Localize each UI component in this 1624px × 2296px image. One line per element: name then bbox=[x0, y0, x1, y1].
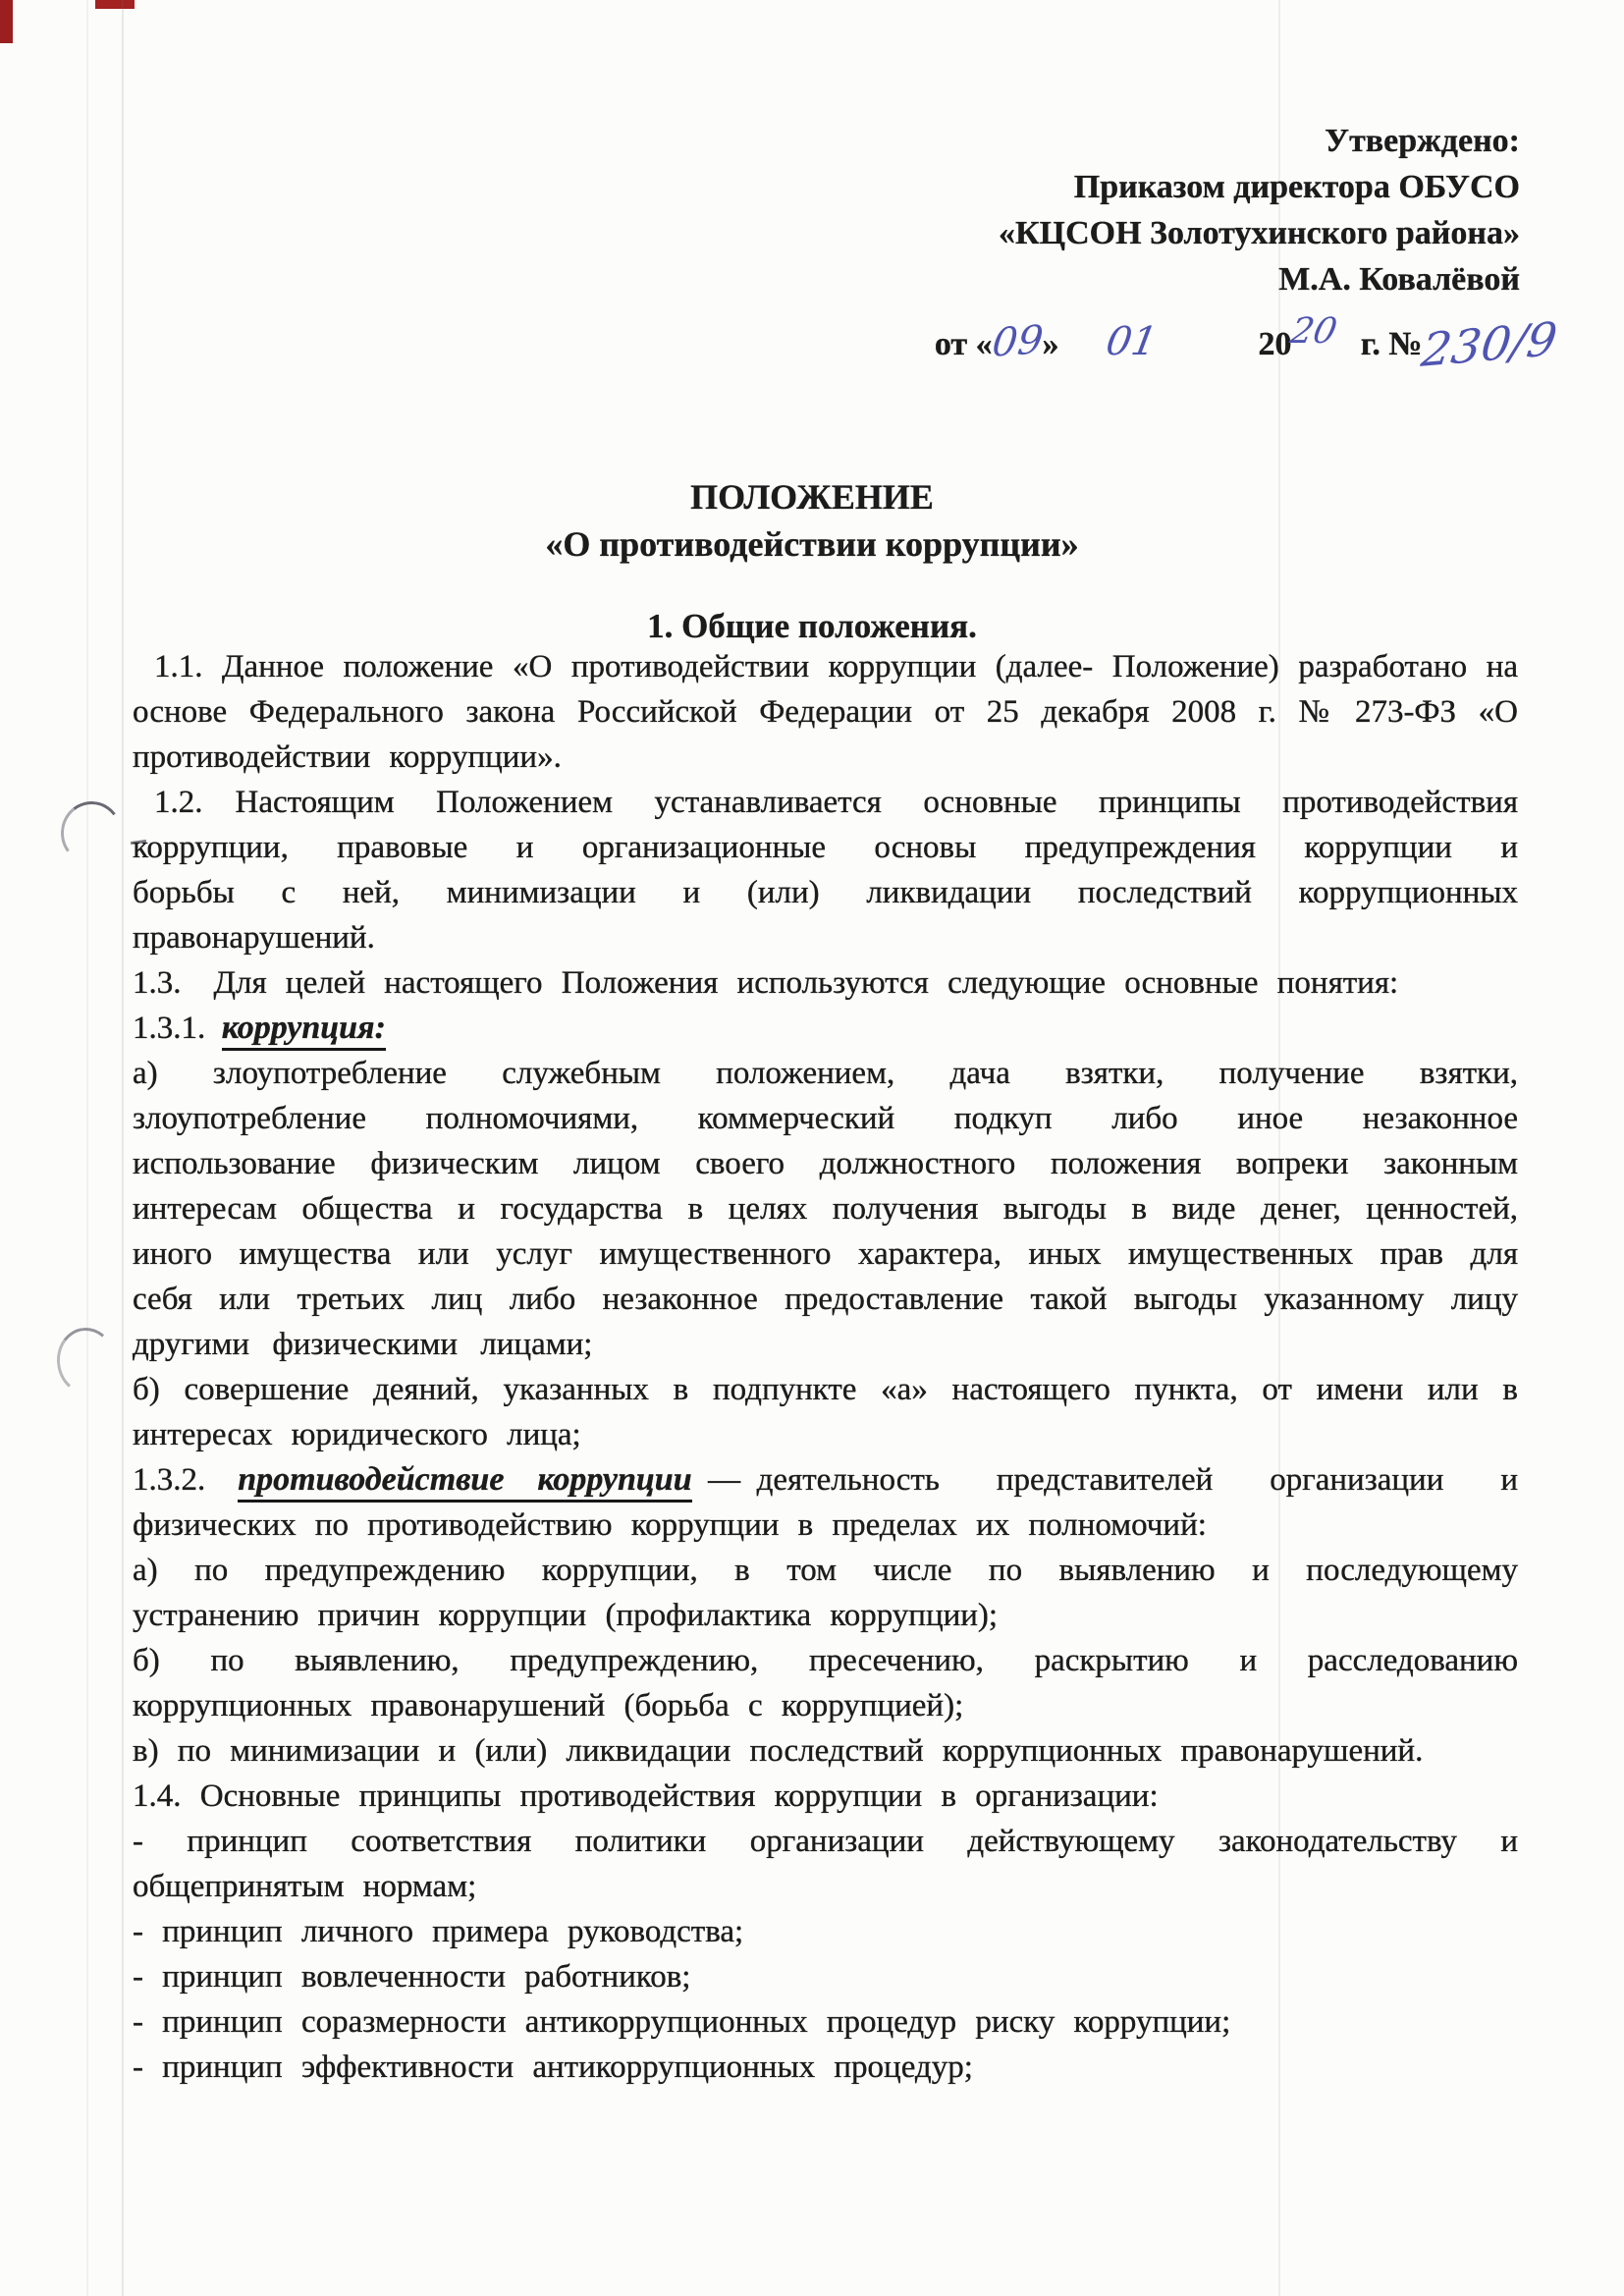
approval-date-line: от «09» 01 2020 г. №230/9 bbox=[935, 316, 1520, 367]
principle-bullet: - принцип вовлеченности работников; bbox=[133, 1954, 1518, 1999]
scanner-streak bbox=[122, 0, 124, 2296]
title-subtitle: «О противодействии коррупции» bbox=[0, 520, 1624, 568]
red-scan-mark-left bbox=[0, 0, 13, 43]
title-main: ПОЛОЖЕНИЕ bbox=[0, 473, 1624, 520]
document-body: 1.1. Данное положение «О противодействии… bbox=[133, 644, 1518, 2090]
paragraph-1-4: 1.4. Основные принципы противодействия к… bbox=[133, 1774, 1518, 1819]
item-v-activities: в) по минимизации и (или) ликвидации пос… bbox=[133, 1728, 1518, 1774]
date-prefix: от « bbox=[935, 321, 993, 367]
defined-term-corruption: коррупция: bbox=[222, 1010, 386, 1051]
document-title: ПОЛОЖЕНИЕ «О противодействии коррупции» bbox=[0, 473, 1624, 568]
principle-bullet: - принцип личного примера руководства; bbox=[133, 1909, 1518, 1954]
handwritten-month: 01 bbox=[1102, 319, 1160, 365]
scanner-streak bbox=[86, 0, 88, 2296]
approval-director-name: М.А. Ковалёвой bbox=[935, 256, 1520, 302]
approval-block: Утверждено: Приказом директора ОБУСО «КЦ… bbox=[935, 118, 1520, 367]
item-a-corruption: а) злоупотребление служебным положением,… bbox=[133, 1051, 1518, 1367]
paragraph-1-3-1: 1.3.1. коррупция: bbox=[133, 1006, 1518, 1051]
pen-arc-artifact bbox=[54, 1325, 120, 1397]
handwritten-day: 09 bbox=[990, 317, 1045, 366]
date-quote-close: » bbox=[1043, 321, 1059, 367]
section-1-heading: 1. Общие положения. bbox=[0, 607, 1624, 646]
paragraph-1-3-2: 1.3.2. противодействие коррупции — деяте… bbox=[133, 1457, 1518, 1548]
pen-arc-artifact bbox=[57, 797, 126, 868]
item-b-corruption: б) совершение деяний, указанных в подпун… bbox=[133, 1367, 1518, 1457]
approved-label: Утверждено: bbox=[935, 118, 1520, 164]
handwritten-doc-number: 230/9 bbox=[1419, 316, 1559, 374]
clause-number: 1.3.1. bbox=[133, 1011, 222, 1046]
date-number-label: г. № bbox=[1352, 321, 1422, 367]
paragraph-1-2: 1.2. Настоящим Положением устанавливаетс… bbox=[133, 780, 1518, 960]
document-page: Утверждено: Приказом директора ОБУСО «КЦ… bbox=[0, 0, 1624, 2296]
handwritten-year: 20 bbox=[1286, 308, 1341, 355]
paragraph-1-3: 1.3. Для целей настоящего Положения испо… bbox=[133, 960, 1518, 1006]
paragraph-1-1: 1.1. Данное положение «О противодействии… bbox=[133, 644, 1518, 780]
approval-org-line: «КЦСОН Золотухинского района» bbox=[935, 210, 1520, 256]
approval-order-line: Приказом директора ОБУСО bbox=[935, 164, 1520, 210]
item-b-activities: б) по выявлению, предупреждению, пресече… bbox=[133, 1638, 1518, 1728]
item-a-activities: а) по предупреждению коррупции, в том чи… bbox=[133, 1548, 1518, 1638]
clause-number: 1.3.2. bbox=[133, 1462, 238, 1498]
principle-bullet: - принцип соразмерности антикоррупционны… bbox=[133, 1999, 1518, 2045]
date-year-printed: 20 bbox=[1258, 321, 1291, 367]
principle-bullet: - принцип соответствия политики организа… bbox=[133, 1819, 1518, 1909]
defined-term-anticorruption: противодействие коррупции bbox=[238, 1461, 691, 1503]
principle-bullet: - принцип эффективности антикоррупционны… bbox=[133, 2045, 1518, 2090]
red-scan-mark-top bbox=[95, 0, 135, 9]
